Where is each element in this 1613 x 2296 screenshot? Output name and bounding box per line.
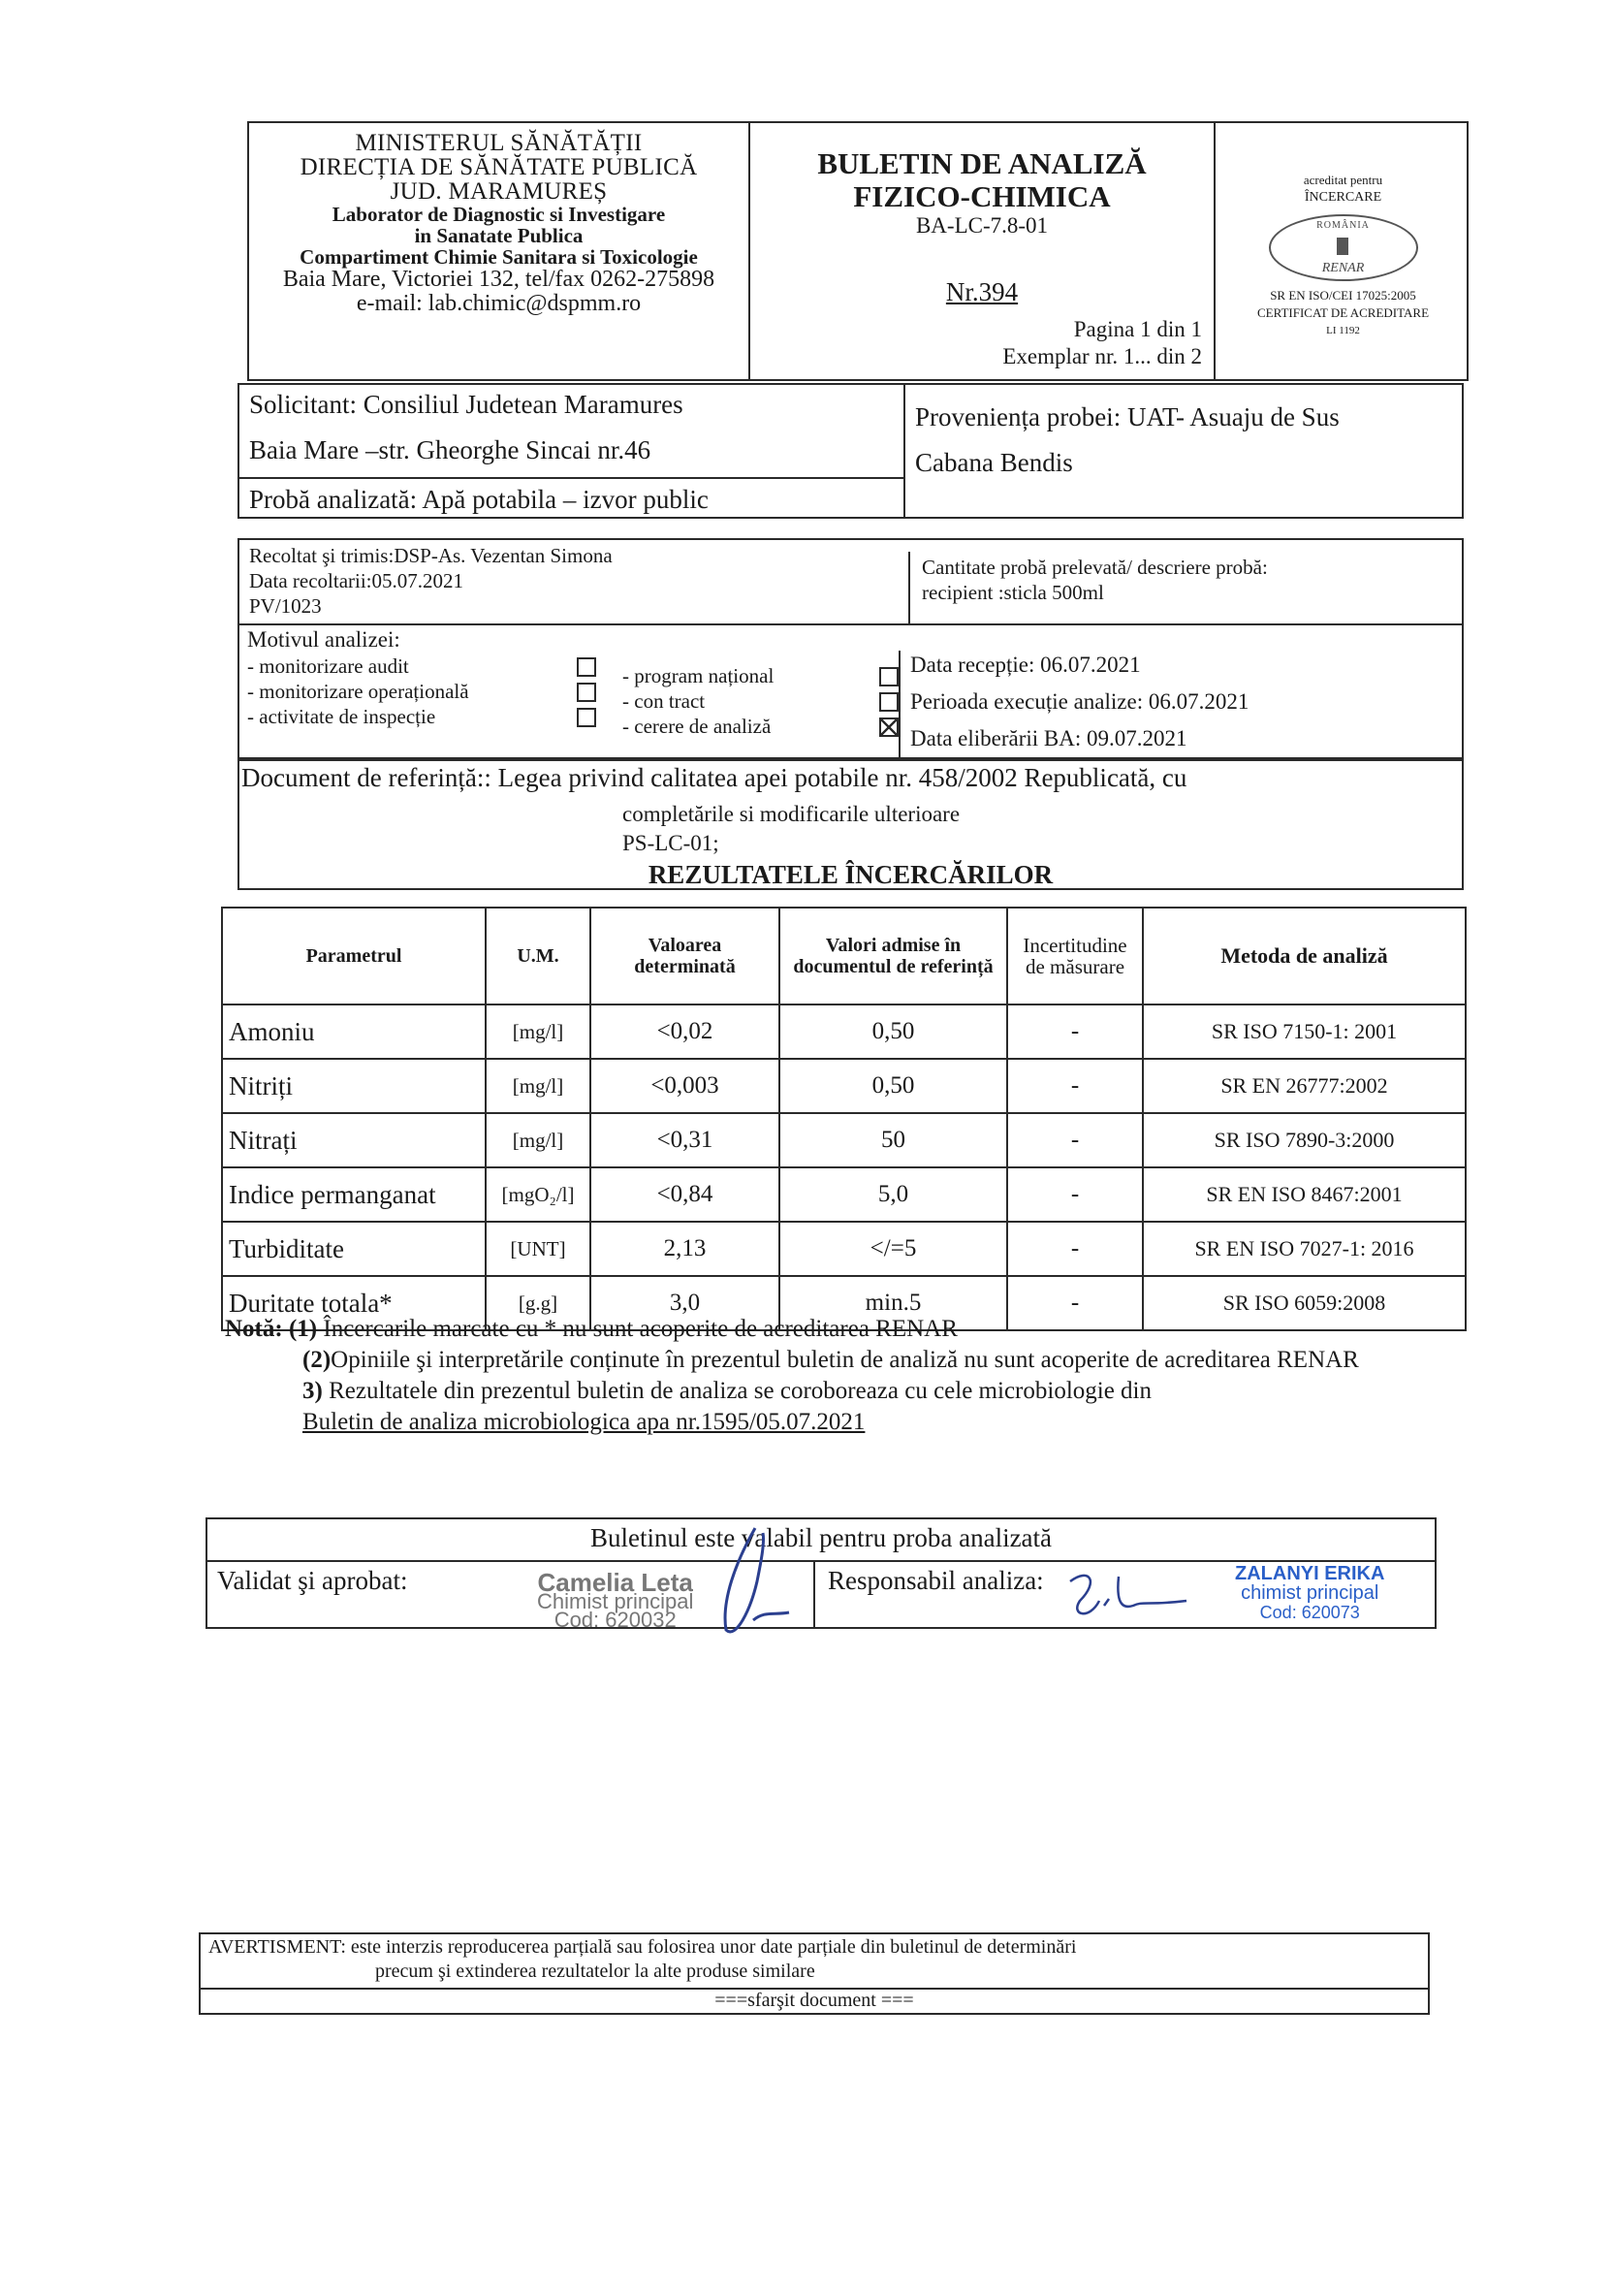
unit-cell: [mg/l] [486, 1113, 590, 1167]
uncertainty-cell: - [1007, 1113, 1143, 1167]
document-header: MINISTERUL SĂNĂTĂȚII DIRECȚIA DE SĂNĂTAT… [247, 121, 1469, 381]
value-cell: <0,84 [590, 1167, 779, 1222]
warning-line1: AVERTISMENT: este interzis reproducerea … [208, 1936, 1076, 1959]
limit-cell: 0,50 [779, 1004, 1007, 1059]
note2-number: (2) [302, 1347, 331, 1373]
unit-cell: [UNT] [486, 1222, 590, 1276]
checkbox-unchecked[interactable] [879, 667, 899, 686]
stamp-country: ROMÂNIA [1271, 220, 1416, 231]
reason-label: - monitorizare operațională [247, 680, 469, 703]
notes-block: Notă: (1) Încercarile marcate cu * nu su… [225, 1314, 1466, 1438]
accreditation-block: acreditat pentru ÎNCERCARE ROMÂNIA RENAR… [1214, 123, 1471, 379]
notes-label: Notă: [225, 1316, 283, 1342]
results-body: Amoniu[mg/l]<0,020,50-SR ISO 7150-1: 200… [222, 1004, 1466, 1330]
stamp-renar: RENAR [1271, 261, 1416, 276]
approver-stamp: Camelia Leta Chimist principal Cod: 6200… [537, 1574, 693, 1629]
parameter-cell: Nitriți [222, 1059, 486, 1113]
reason-label: - con tract [622, 689, 705, 713]
accreditation-standard: SR EN ISO/CEI 17025:2005 [1216, 287, 1471, 304]
reason-block: Motivul analizei: - monitorizare audit- … [237, 623, 1464, 759]
col-value: Valoarea determinată [590, 908, 779, 1004]
parameter-cell: Amoniu [222, 1004, 486, 1059]
checkbox-unchecked[interactable] [577, 683, 596, 702]
sample-analyzed: Probă analizată: Apă potabila – izvor pu… [249, 485, 709, 515]
sample-provenance: Proveniența probei: UAT- Asuaju de Sus [915, 402, 1340, 432]
method-cell: SR ISO 7150-1: 2001 [1143, 1004, 1466, 1059]
reason-label: - cerere de analiză [622, 715, 771, 738]
checkbox-unchecked[interactable] [577, 657, 596, 677]
provenance-cell: Proveniența probei: UAT- Asuaju de Sus C… [903, 385, 1464, 517]
note1-number: (1) [289, 1316, 317, 1342]
end-of-document: ===sfarşit document === [201, 1988, 1428, 2015]
reason-label: - monitorizare audit [247, 654, 409, 678]
bulletin-title-block: BULETIN DE ANALIZĂ FIZICO-CHIMICA BA-LC-… [748, 123, 1214, 379]
note1-text: Încercarile marcate cu * nu sunt acoperi… [323, 1316, 958, 1342]
col-parameter: Parametrul [222, 908, 486, 1004]
renar-stamp: ROMÂNIA RENAR [1269, 214, 1418, 281]
reference-document-line3: PS-LC-01; [622, 831, 719, 856]
lab-name-line1: Laborator de Diagnostic si Investigare [249, 204, 748, 225]
reason-option: - activitate de inspecție [247, 705, 577, 730]
form-code: BA-LC-7.8-01 [750, 213, 1214, 239]
limit-cell: 50 [779, 1113, 1007, 1167]
lab-address: Baia Mare, Victoriei 132, tel/fax 0262-2… [249, 268, 748, 292]
method-cell: SR EN ISO 7027-1: 2016 [1143, 1222, 1466, 1276]
lab-email: e-mail: lab.chimic@dspmm.ro [249, 292, 748, 316]
collected-by: Recoltat şi trimis:DSP-As. Vezentan Simo… [249, 544, 613, 568]
accreditation-cert-no: LI 1192 [1216, 322, 1471, 339]
quantity-cell: Cantitate probă prelevată/ descriere pro… [908, 552, 1464, 623]
value-cell: 2,13 [590, 1222, 779, 1276]
results-table-wrap: Parametrul U.M. Valoarea determinată Val… [221, 907, 1467, 1331]
pv-number: PV/1023 [249, 594, 322, 619]
table-row: Turbiditate[UNT]2,13</=5-SR EN ISO 7027-… [222, 1222, 1466, 1276]
parameter-cell: Nitrați [222, 1113, 486, 1167]
bulletin-title-line2: FIZICO-CHIMICA [750, 180, 1214, 213]
table-row: Amoniu[mg/l]<0,020,50-SR ISO 7150-1: 200… [222, 1004, 1466, 1059]
limit-cell: 5,0 [779, 1167, 1007, 1222]
ministry-name: MINISTERUL SĂNĂTĂȚII [249, 131, 748, 155]
bulletin-title-line1: BULETIN DE ANALIZĂ [750, 147, 1214, 180]
reference-document-block: Document de referință:: Legea privind ca… [237, 759, 1464, 890]
results-table: Parametrul U.M. Valoarea determinată Val… [221, 907, 1467, 1331]
note2-text: Opiniile şi interpretările conținute în … [331, 1347, 1359, 1373]
reference-document-line1: Document de referință:: Legea privind ca… [241, 763, 1186, 793]
approver-signature-icon [697, 1523, 813, 1649]
responsible-title: chimist principal [1235, 1583, 1384, 1603]
reason-option: - monitorizare audit [247, 654, 577, 680]
quantity-value: recipient :sticla 500ml [922, 581, 1104, 605]
parameter-cell: Indice permanganat [222, 1167, 486, 1222]
county-name: JUD. MARAMUREȘ [249, 179, 748, 204]
accreditation-certificate: CERTIFICAT DE ACREDITARE [1216, 304, 1471, 322]
col-unit: U.M. [486, 908, 590, 1004]
sample-location: Cabana Bendis [915, 448, 1073, 478]
parameter-cell: Turbiditate [222, 1222, 486, 1276]
responsible-label: Responsabil analiza: [828, 1566, 1044, 1596]
reference-document-line2: completările si modificarile ulterioare [622, 802, 960, 827]
reason-label: - activitate de inspecție [247, 705, 435, 728]
validity-statement: Buletinul este valabil pentru proba anal… [207, 1523, 1435, 1553]
lab-name-line2: in Sanatate Publica [249, 225, 748, 246]
col-uncertainty: Incertitudine de măsurare [1007, 908, 1143, 1004]
method-cell: SR EN ISO 8467:2001 [1143, 1167, 1466, 1222]
value-cell: <0,31 [590, 1113, 779, 1167]
microbiology-bulletin-reference: Buletin de analiza microbiologica apa nr… [302, 1409, 865, 1435]
responsible-name: ZALANYI ERIKA [1235, 1564, 1384, 1583]
accreditation-label: acreditat pentru [1216, 172, 1471, 189]
value-cell: <0,02 [590, 1004, 779, 1059]
collection-date: Data recoltarii:05.07.2021 [249, 569, 463, 593]
reason-label: - program național [622, 664, 774, 687]
method-cell: SR ISO 7890-3:2000 [1143, 1113, 1466, 1167]
checkbox-unchecked[interactable] [577, 708, 596, 727]
requester-block: Solicitant: Consiliul Judetean Maramures… [237, 383, 1464, 519]
warning-line2: precum şi extinderea rezultatelor la alt… [375, 1961, 815, 1983]
dates-cell: Data recepție: 06.07.2021 Perioada execu… [899, 651, 1464, 757]
col-limit: Valori admise în documentul de referință [779, 908, 1007, 1004]
checkbox-checked[interactable] [879, 717, 899, 737]
coat-of-arms-icon [1337, 238, 1348, 255]
uncertainty-cell: - [1007, 1222, 1143, 1276]
limit-cell: 0,50 [779, 1059, 1007, 1113]
department-name: Compartiment Chimie Sanitara si Toxicolo… [249, 246, 748, 268]
results-header-row: Parametrul U.M. Valoarea determinată Val… [222, 908, 1466, 1004]
limit-cell: </=5 [779, 1222, 1007, 1276]
warning-block: AVERTISMENT: este interzis reproducerea … [199, 1932, 1430, 2015]
table-row: Nitrați[mg/l]<0,3150-SR ISO 7890-3:2000 [222, 1113, 1466, 1167]
table-row: Indice permanganat[mgO₂/l]<0,845,0-SR EN… [222, 1167, 1466, 1222]
reason-title: Motivul analizei: [247, 627, 400, 653]
page-indicator: Pagina 1 din 1 [1074, 317, 1202, 342]
unit-cell: [mg/l] [486, 1059, 590, 1113]
uncertainty-cell: - [1007, 1059, 1143, 1113]
unit-cell: [mgO₂/l] [486, 1167, 590, 1222]
quantity-label: Cantitate probă prelevată/ descriere pro… [922, 556, 1268, 580]
responsible-signature-icon [1060, 1562, 1196, 1630]
sample-row: Probă analizată: Apă potabila – izvor pu… [239, 477, 903, 517]
institution-block: MINISTERUL SĂNĂTĂȚII DIRECȚIA DE SĂNĂTAT… [249, 123, 748, 379]
accreditation-scope: ÎNCERCARE [1216, 189, 1471, 207]
signatures-row: Validat şi aprobat: Camelia Leta Chimist… [207, 1560, 1435, 1629]
uncertainty-cell: - [1007, 1167, 1143, 1222]
note3-number: 3) [302, 1378, 323, 1404]
value-cell: <0,003 [590, 1059, 779, 1113]
release-date: Data eliberării BA: 09.07.2021 [910, 726, 1187, 751]
table-row: Nitriți[mg/l]<0,0030,50-SR EN 26777:2002 [222, 1059, 1466, 1113]
approved-label: Validat şi aprobat: [217, 1566, 407, 1596]
note3-text: Rezultatele din prezentul buletin de ana… [329, 1378, 1152, 1404]
reception-date: Data recepție: 06.07.2021 [910, 653, 1141, 678]
directorate-name: DIRECȚIA DE SĂNĂTATE PUBLICĂ [249, 155, 748, 179]
uncertainty-cell: - [1007, 1004, 1143, 1059]
copy-indicator: Exemplar nr. 1... din 2 [1002, 344, 1202, 369]
checkbox-unchecked[interactable] [879, 692, 899, 712]
method-cell: SR EN 26777:2002 [1143, 1059, 1466, 1113]
execution-period: Perioada execuție analize: 06.07.2021 [910, 689, 1249, 715]
validation-block: Buletinul este valabil pentru proba anal… [206, 1517, 1437, 1629]
requester-name: Solicitant: Consiliul Judetean Maramures [249, 390, 683, 420]
collection-block: Recoltat şi trimis:DSP-As. Vezentan Simo… [237, 538, 1464, 625]
reason-option: - monitorizare operațională [247, 680, 577, 705]
signature-divider [813, 1562, 815, 1629]
reasons-left-list: - monitorizare audit- monitorizare opera… [247, 654, 577, 730]
unit-cell: [mg/l] [486, 1004, 590, 1059]
results-title: REZULTATELE ÎNCERCĂRILOR [239, 860, 1462, 890]
responsible-code: Cod: 620073 [1235, 1603, 1384, 1622]
responsible-stamp: ZALANYI ERIKA chimist principal Cod: 620… [1235, 1564, 1384, 1622]
requester-address: Baia Mare –str. Gheorghe Sincai nr.46 [249, 435, 650, 465]
approver-code: Cod: 620032 [537, 1610, 693, 1629]
col-method: Metoda de analiză [1143, 908, 1466, 1004]
bulletin-number: Nr.394 [750, 277, 1214, 307]
